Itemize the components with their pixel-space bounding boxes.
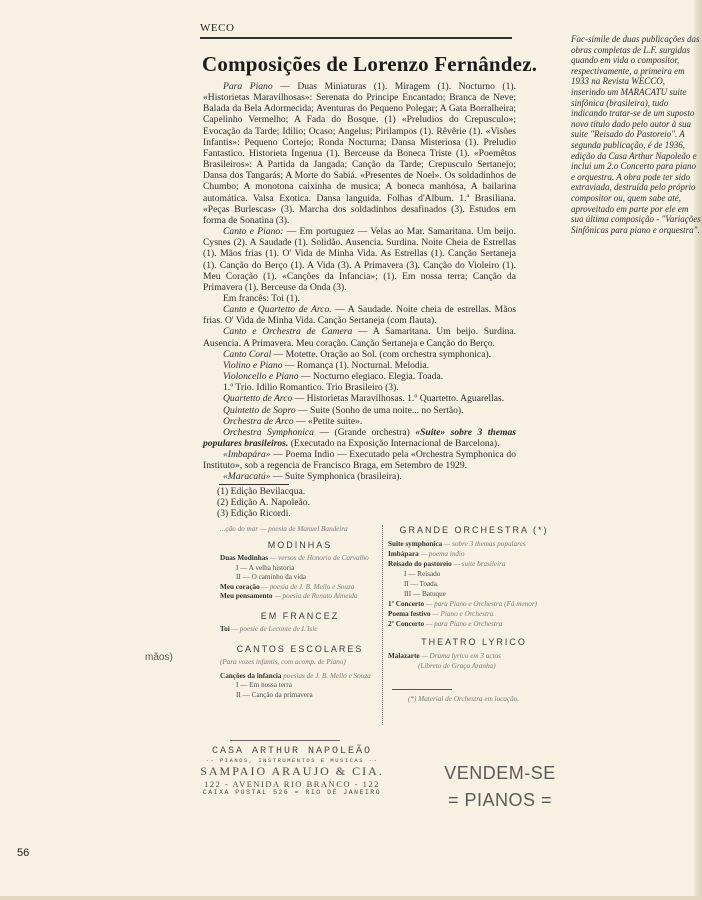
footnote-rule [392,689,452,690]
footnote-rule [219,484,289,485]
catalog-subentry: I — Em nossa terra [220,681,380,691]
catalog-entry: Duas Modinhas — versos de Honorio de Car… [220,554,380,564]
article-title: Composições de Lorenzo Fernândez. [202,52,522,77]
category-label: Orchestra Symphonica [223,427,314,438]
category-label: Quintetto de Sopro [223,405,296,416]
catalog-entry: 1º Concerto — para Piano e Orchestra (Fá… [388,599,560,609]
advert-rule [230,740,340,741]
catalog-entry: Suite symphonica — sobre 3 themas popula… [388,539,560,549]
para-violoncello-piano: Violoncello e Piano — Nocturno elegiaco.… [203,371,516,382]
advert-line: CASA ARTHUR NAPOLEÃO [172,746,412,757]
category-label: Violoncello e Piano [223,371,299,382]
entry-title: 1º Concerto [388,600,424,608]
entry-credit: — sobre 3 themas populares [442,540,526,548]
category-label: «Imbapára» [223,449,270,460]
catalog-entry: Reisado do pastoreio — suite brasileira [388,559,560,569]
para-orchestra-arco: Orchestra de Arco — «Petite suite». [203,416,516,427]
para-trio: 1.º Trio. Idilio Romantico. Trio Brasile… [203,382,516,393]
category-label: Violino e Piano [223,360,283,371]
para-quintetto: Quintetto de Sopro — Suite (Sonho de uma… [203,405,516,416]
catalog-entry: Meu coração — poesia de J. B. Mello e So… [220,583,380,593]
footnote: (1) Edição Bevilacqua. [217,486,516,497]
category-text: — Suite Symphonica (brasileira). [270,471,401,482]
para-imbapara: «Imbapára» — Poema Indio — Executado pel… [203,449,516,471]
entry-title: Suite symphonica [388,540,442,548]
publisher-advert: CASA ARTHUR NAPOLEÃO -- PIANOS, INSTRUME… [172,746,412,796]
running-title: WECO [200,22,512,34]
para-canto-coral: Canto Coral — Motette. Oração ao Sol. (c… [203,349,516,360]
orchestra-heading: GRANDE ORCHESTRA (*) [388,525,560,535]
category-text: (Executado na Exposição Internacional de… [288,438,499,449]
stray-text: mãos) [145,652,173,663]
entry-title: Canções da infancia [220,672,282,680]
category-text: — «Petite suite». [294,416,363,427]
advert-line: CAIXA POSTAL 526 = RIO DE JANEIRO [172,789,412,796]
category-label: Canto e Orchestra de Camera [223,326,352,337]
catalog-subentry: I — Reisado [388,569,560,579]
side-caption: Fac-símile de duas publicações das obras… [571,34,701,235]
category-text: — Motette. Oração ao Sol. (com orchestra… [271,349,491,360]
vendem-line: = PIANOS = [440,790,560,811]
catalog-subentry: II — Toada. [388,579,560,589]
facsimile-left-column: ...ção do mar — poesia de Manuel Bandeir… [220,525,380,700]
entry-title: Imbápara [388,550,419,558]
para-orchestra-symphonica: Orchestra Symphonica — (Grande orchestra… [203,427,516,449]
orchestra-footnote: (*) Material de Orchestra em locação. [388,694,560,704]
footnote: (2) Edição A. Napoleão. [217,497,516,508]
catalog-entry: Canções da infancia poesias de J. B. Mel… [220,672,380,682]
libretto-note: (Libreto de Graça Aranha) [388,661,560,671]
para-maracata: «Maracatú» — Suite Symphonica (brasileir… [203,471,516,482]
catalog-subentry: II — Canção da primavera [220,691,380,701]
modinhas-heading: MODINHAS [220,541,380,551]
escolares-heading: CANTOS ESCOLARES [220,645,380,655]
catalog-subentry: I — A velha historia [220,564,380,574]
category-text: — (Grande orchestra) [314,427,415,438]
para-canto-quartetto: Canto e Quartetto de Arco. — A Saudade. … [203,304,516,326]
theatro-heading: THEATRO LYRICO [388,637,560,647]
entry-credit: poesias de J. B. Mello e Souza [282,672,371,680]
escolares-note: (Para vozes infantis, com acomp. de Pian… [220,658,380,668]
advert-line: -- PIANOS, INSTRUMENTOS E MUSICAS -- [172,757,412,764]
running-header: WECO [200,22,512,39]
article-body: Para Piano — Duas Miniaturas (1). Mirage… [203,81,516,519]
header-rule [200,37,512,39]
entry-credit: — poema indio [419,550,465,558]
entry-title: Malazarte [388,652,420,660]
top-line: ...ção do mar — poesia de Manuel Bandeir… [220,525,380,535]
para-em-frances: Em francês: Toi (1). [203,293,516,304]
catalog-subentry: III — Batuque [388,589,560,599]
facsimile-right-column: GRANDE ORCHESTRA (*) Suite symphonica — … [388,525,560,704]
para-canto-piano: Canto e Piano: — Em portuguez — Velas ao… [203,226,516,293]
footnote: (3) Edição Ricordi. [217,508,516,519]
vendem-line: VENDEM-SE [440,763,560,784]
entry-credit: — poesie de Leconte de L'Isle [230,625,318,633]
entry-credit: — versos de Honorio de Carvalho [268,554,369,562]
para-violino-piano: Violino e Piano — Romança (1). Nocturnal… [203,360,516,371]
entry-title: Meu coração [220,583,260,591]
catalog-entry: Toi — poesie de Leconte de L'Isle [220,625,380,635]
entry-credit: — Drama lyrico em 3 actos [420,652,501,660]
category-text: — Duas Miniaturas (1). Miragem (1). Noct… [203,81,516,226]
entry-title: Reisado do pastoreio [388,560,452,568]
catalog-entry: Poema festivo — Piano e Orchestra [388,609,560,619]
entry-title: Toi [220,625,230,633]
category-text: — Suite (Sonho de uma noite... no Sertão… [296,405,464,416]
francez-heading: EM FRANCEZ [220,612,380,622]
entry-title: Poema festivo [388,610,431,618]
category-label: Orchestra de Arco [223,416,294,427]
para-quartetto: Quartetto de Arco — Historietas Maravilh… [203,393,516,404]
category-text: — Romança (1). Nocturnal. Melodia. [283,360,430,371]
category-text: — Nocturno elegiaco. Elegia. Toada. [299,371,444,382]
category-label: Para Piano [223,81,273,92]
entry-credit: — poesia de Renato Almeida [273,592,358,600]
advert-line: 122 - AVENIDA RIO BRANCO - 122 [172,779,412,789]
para-piano: Para Piano — Duas Miniaturas (1). Mirage… [203,81,516,226]
pianos-for-sale-advert: VENDEM-SE = PIANOS = [440,763,560,811]
entry-title: Duas Modinhas [220,554,268,562]
catalog-entry: 2º Concerto — para Piano e Orchestra [388,619,560,629]
page-bottom-edge [0,896,702,900]
category-label: Canto e Piano: [223,226,283,237]
page-number: 56 [17,847,29,859]
column-divider [382,525,384,725]
entry-title: Meu pensamento [220,592,273,600]
category-text: — Historietas Maravilhosas. 1.º Quartett… [292,393,504,404]
entry-credit: — poesia de J. B. Mello e Souza [260,583,355,591]
category-label: Quartetto de Arco [223,393,292,404]
category-label: Canto Coral [223,349,271,360]
entry-credit: — suite brasileira [452,560,506,568]
catalog-entry: Malazarte — Drama lyrico em 3 actos [388,651,560,661]
category-label: «Maracatú» [223,471,270,482]
entry-credit: — Piano e Orchestra [431,610,494,618]
catalog-entry: Imbápara — poema indio [388,549,560,559]
entry-title: 2º Concerto [388,620,424,628]
entry-credit: — para Piano e Orchestra [424,620,502,628]
catalog-entry: Meu pensamento — poesia de Renato Almeid… [220,592,380,602]
para-canto-orchestra: Canto e Orchestra de Camera — A Samarita… [203,326,516,348]
catalog-subentry: II — O caminho da vida [220,573,380,583]
advert-line: SAMPAIO ARAUJO & CIA. [172,764,412,779]
category-label: Canto e Quartetto de Arco. [223,304,332,315]
entry-credit: — para Piano e Orchestra (Fá menor) [424,600,537,608]
